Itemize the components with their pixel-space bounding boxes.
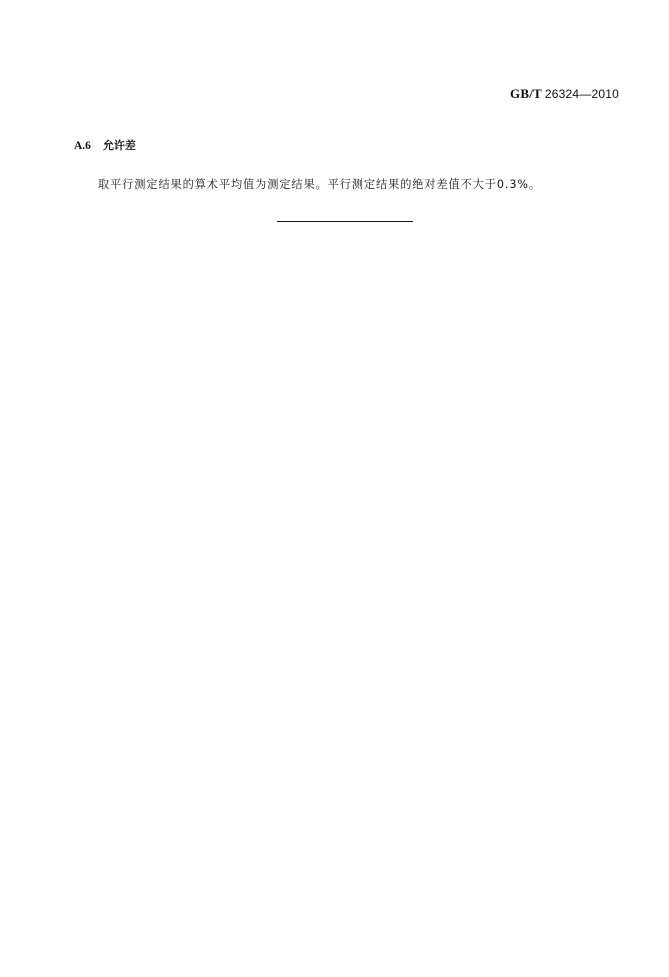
section-number: A.6 <box>74 140 91 152</box>
standard-code-header: GB/T26324—2010 <box>510 86 619 102</box>
body-paragraph: 取平行测定结果的算术平均值为测定结果。平行测定结果的绝对差值不大于0.3%。 <box>98 176 541 192</box>
section-heading: A.6允许差 <box>74 137 136 153</box>
end-of-document-rule <box>277 221 413 222</box>
standard-prefix: GB/T <box>510 86 542 101</box>
document-page: GB/T26324—2010 A.6允许差 取平行测定结果的算术平均值为测定结果… <box>0 0 669 977</box>
standard-number: 26324—2010 <box>545 87 619 101</box>
section-title: 允许差 <box>103 139 136 152</box>
